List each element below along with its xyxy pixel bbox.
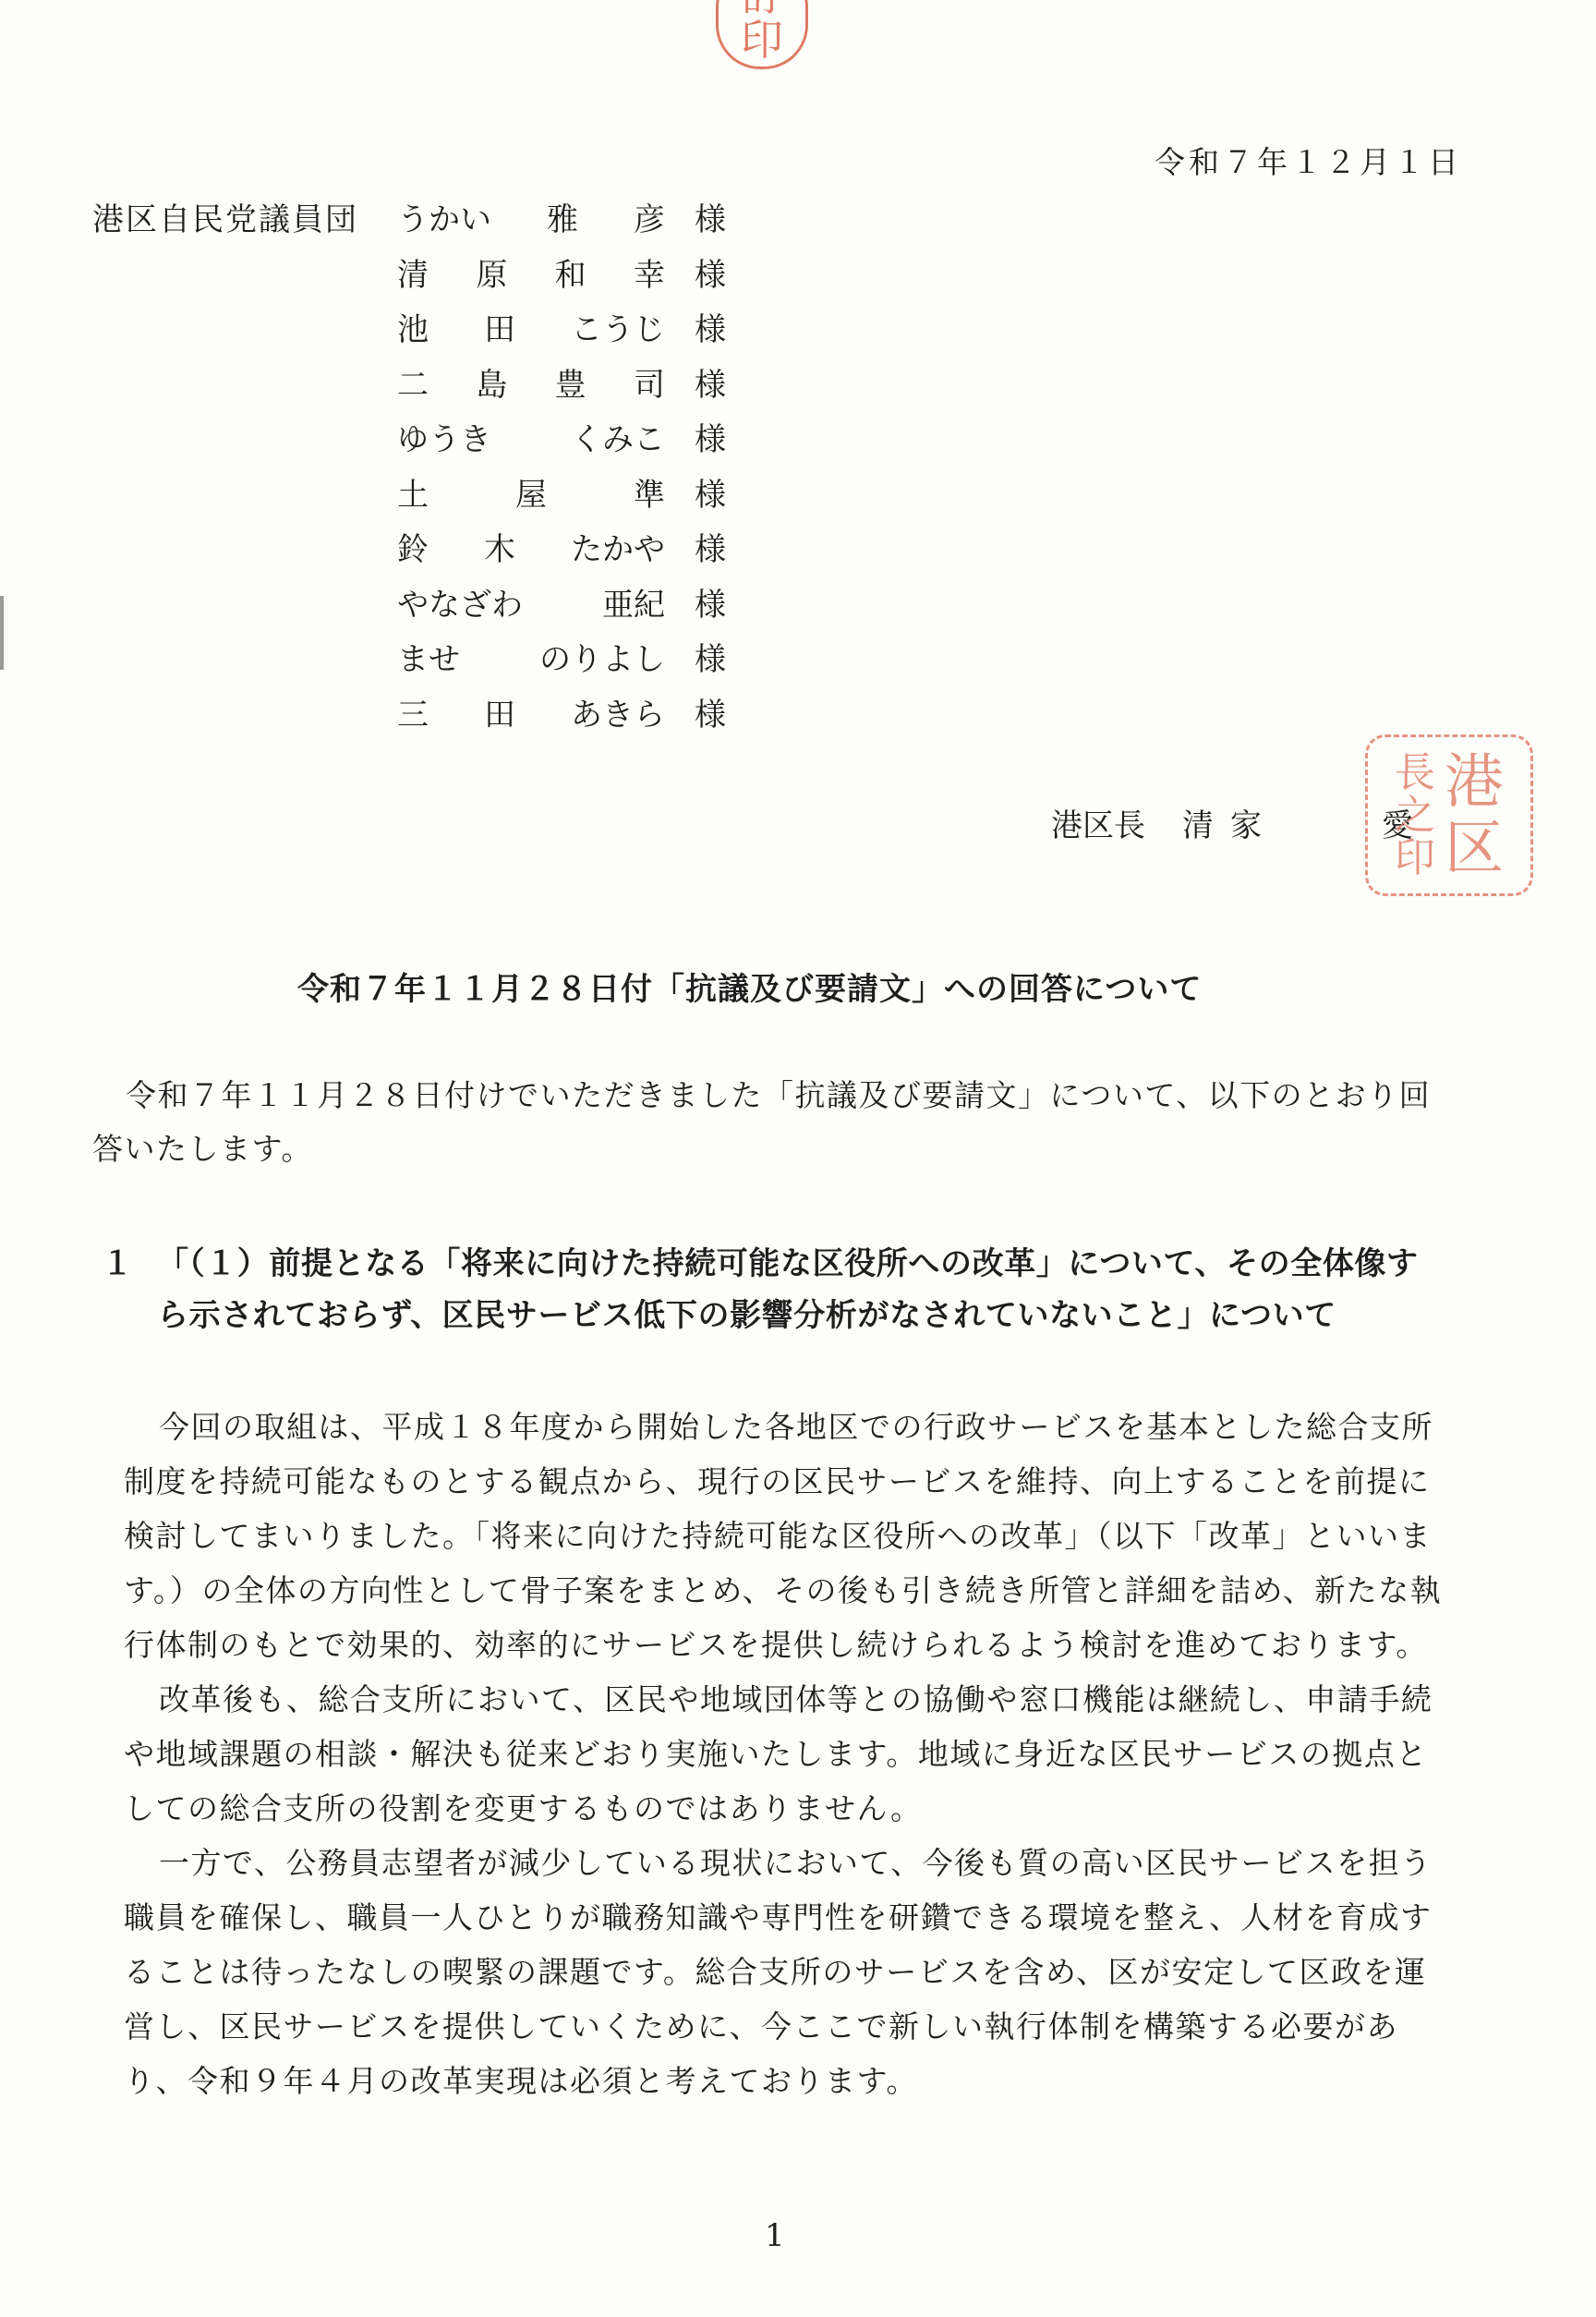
addressee-name: ませ のりよし bbox=[397, 634, 665, 689]
name-part: 準 bbox=[634, 469, 665, 525]
name-part: 田 bbox=[484, 304, 515, 359]
seal-char: 之 bbox=[1395, 795, 1435, 837]
addressee-name: 二 島 豊 司 bbox=[397, 359, 665, 415]
name-part: 清 bbox=[397, 249, 429, 305]
honorific: 様 bbox=[695, 469, 726, 525]
name-part: 田 bbox=[484, 689, 515, 745]
name-part: こうじ bbox=[571, 304, 665, 359]
name-part: 和 bbox=[555, 249, 586, 305]
honorific: 様 bbox=[695, 524, 726, 579]
honorific: 様 bbox=[695, 579, 726, 635]
document-date: 令和７年１２月１日 bbox=[1155, 139, 1462, 182]
seal-char: 印 bbox=[1395, 837, 1435, 879]
name-part: くみこ bbox=[571, 414, 665, 469]
sender-signature: 港区長 清家 愛 bbox=[1051, 800, 1413, 845]
scan-edge-mark bbox=[0, 596, 4, 670]
addressee-name: 鈴 木 たかや bbox=[397, 524, 665, 579]
seal-char: 印 bbox=[719, 18, 805, 62]
name-part: 原 bbox=[476, 249, 507, 305]
mayor-official-seal-stamp: 港 区 長 之 印 bbox=[1365, 734, 1533, 896]
intro-paragraph: 令和７年１１月２８日付けでいただきました「抗議及び要請文」について、以下のとおり… bbox=[92, 1069, 1450, 1176]
body-paragraph: 改革後も、総合支所において、区民や地域団体等との協働や窓口機能は継続し、申請手続… bbox=[124, 1672, 1454, 1836]
section-heading: 「（１）前提となる「将来に向けた持続可能な区役所への改革」について、その全体像す… bbox=[157, 1238, 1450, 1341]
honorific: 様 bbox=[695, 634, 726, 689]
honorific: 様 bbox=[695, 249, 726, 305]
addressee-row: 土 屋 準 様 bbox=[397, 469, 726, 525]
name-part: たかや bbox=[571, 524, 665, 579]
addressee-name: 土 屋 準 bbox=[397, 469, 665, 525]
honorific: 様 bbox=[695, 304, 726, 359]
addressee-name: 清 原 和 幸 bbox=[397, 249, 665, 305]
seal-column: 港 区 bbox=[1445, 749, 1504, 882]
addressee-row: やなざわ 亜紀 様 bbox=[397, 579, 726, 635]
name-part: 豊 bbox=[555, 359, 586, 415]
name-part: ませ bbox=[397, 634, 460, 689]
surname-char: 清 bbox=[1182, 807, 1214, 844]
addressee-row: 二 島 豊 司 様 bbox=[397, 359, 726, 415]
section-number: １ bbox=[102, 1238, 133, 1283]
name-part: のりよし bbox=[539, 634, 665, 689]
addressee-name: うかい 雅 彦 bbox=[397, 194, 665, 249]
honorific: 様 bbox=[695, 689, 726, 745]
seal-char: 長 bbox=[1395, 752, 1435, 795]
name-part: 池 bbox=[397, 304, 429, 359]
name-part: 木 bbox=[484, 524, 515, 579]
name-part: 司 bbox=[634, 359, 665, 415]
name-part: あきら bbox=[571, 689, 665, 745]
name-part: 彦 bbox=[634, 194, 665, 249]
name-part: うかい bbox=[397, 194, 491, 249]
honorific: 様 bbox=[695, 359, 726, 415]
addressee-list: うかい 雅 彦 様 清 原 和 幸 様 池 田 こうじ 様 二 島 豊 司 様 bbox=[397, 194, 726, 744]
addressee-row: 三 田 あきら 様 bbox=[397, 689, 726, 745]
addressee-row: 鈴 木 たかや 様 bbox=[397, 524, 726, 579]
surname-char: 家 bbox=[1230, 807, 1262, 844]
name-part: 雅 bbox=[547, 194, 578, 249]
body-paragraph: 今回の取組は、平成１８年度から開始した各地区での行政サービスを基本とした総合支所… bbox=[124, 1400, 1454, 1672]
addressee-name: 池 田 こうじ bbox=[397, 304, 665, 359]
addressee-name: 三 田 あきら bbox=[397, 689, 665, 745]
addressee-row: うかい 雅 彦 様 bbox=[397, 194, 726, 249]
name-part: 土 bbox=[397, 469, 429, 525]
page-number: 1 bbox=[765, 2217, 785, 2254]
name-part: 島 bbox=[476, 359, 507, 415]
correction-seal-stamp: 訂 印 bbox=[716, 0, 808, 69]
addressee-row: 池 田 こうじ 様 bbox=[397, 304, 726, 359]
addressee-row: ゆうき くみこ 様 bbox=[397, 414, 726, 469]
addressee-organization: 港区自民党議員団 bbox=[92, 194, 358, 239]
addressee-row: ませ のりよし 様 bbox=[397, 634, 726, 689]
seal-column: 長 之 印 bbox=[1395, 752, 1435, 879]
name-part: 屋 bbox=[515, 469, 547, 525]
document-title: 令和７年１１月２８日付「抗議及び要請文」への回答について bbox=[297, 964, 1202, 1009]
section-body: 今回の取組は、平成１８年度から開始した各地区での行政サービスを基本とした総合支所… bbox=[124, 1400, 1454, 2108]
addressee-name: やなざわ 亜紀 bbox=[397, 579, 665, 635]
name-part: 二 bbox=[397, 359, 429, 415]
addressee-row: 清 原 和 幸 様 bbox=[397, 249, 726, 305]
honorific: 様 bbox=[695, 194, 726, 249]
sender-title: 港区長 bbox=[1051, 800, 1145, 845]
honorific: 様 bbox=[695, 414, 726, 469]
name-part: 三 bbox=[397, 689, 429, 745]
addressee-name: ゆうき くみこ bbox=[397, 414, 665, 469]
name-part: 亜紀 bbox=[602, 579, 665, 635]
name-part: 鈴 bbox=[397, 524, 429, 579]
body-paragraph: 一方で、公務員志望者が減少している現状において、今後も質の高い区民サービスを担う… bbox=[124, 1836, 1454, 2108]
seal-char: 港 bbox=[1445, 749, 1504, 816]
seal-char: 区 bbox=[1445, 816, 1504, 882]
name-part: ゆうき bbox=[397, 414, 491, 469]
name-part: やなざわ bbox=[397, 579, 523, 635]
sender-surname: 清家 bbox=[1182, 800, 1262, 845]
name-part: 幸 bbox=[634, 249, 665, 305]
